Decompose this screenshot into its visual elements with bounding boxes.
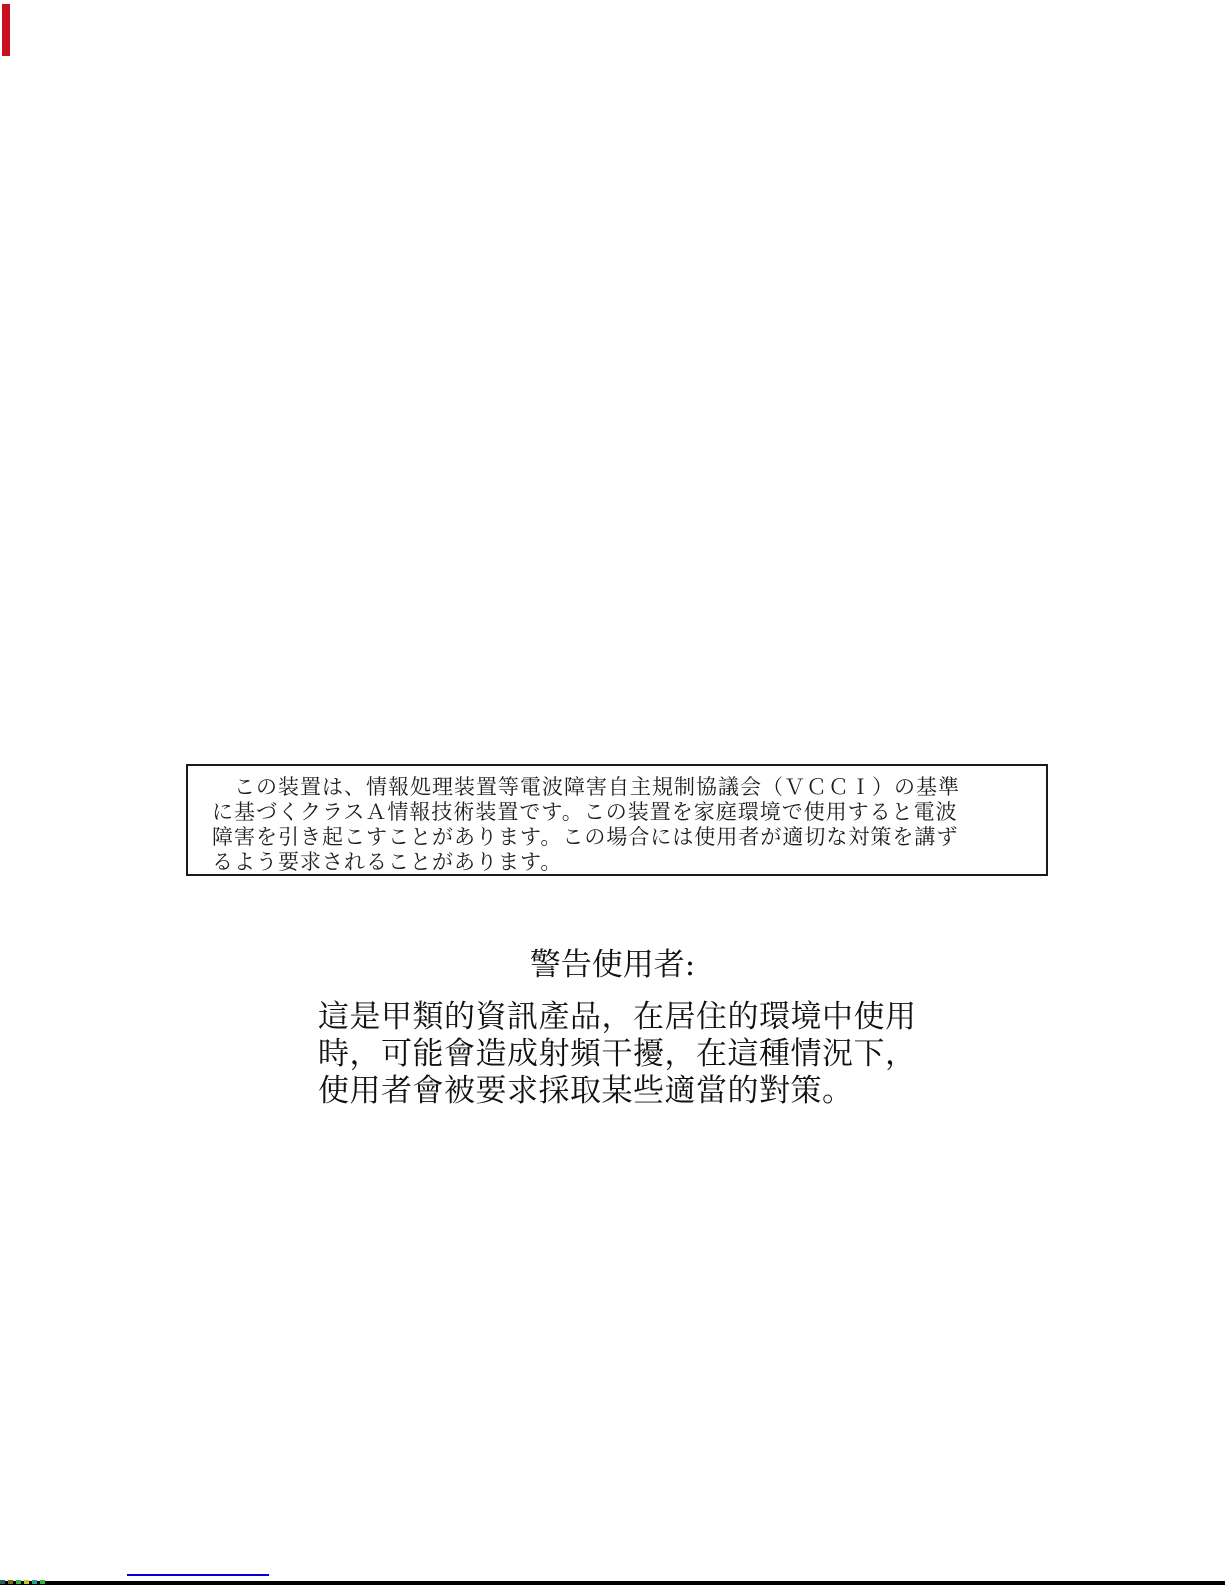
scanned-document-page: この装置は、情報処理装置等電波障害自主規制協議会（ＶＣＣＩ）の基準 に基づくクラ…	[0, 0, 1225, 1585]
vcci-notice-line: この装置は、情報処理装置等電波障害自主規制協議会（ＶＣＣＩ）の基準	[212, 775, 1026, 800]
vcci-notice-line: るよう要求されることがあります。	[212, 850, 1026, 875]
noise-pixel	[32, 1580, 37, 1584]
vcci-notice-line: に基づくクラスＡ情報技術装置です。この装置を家庭環境で使用すると電波	[212, 800, 1026, 825]
warning-line: 這是甲類的資訊產品，在居住的環境中使用	[318, 999, 917, 1036]
footer-link-underline[interactable]	[127, 1574, 269, 1576]
vcci-notice-line: 障害を引き起こすことがあります。この場合には使用者が適切な対策を講ず	[212, 825, 1026, 850]
warning-line: 使用者會被要求採取某些適當的對策。	[318, 1073, 917, 1110]
warning-body: 這是甲類的資訊產品，在居住的環境中使用 時，可能會造成射頻干擾，在這種情況下， …	[318, 999, 917, 1110]
warning-line: 時，可能會造成射頻干擾，在這種情況下，	[318, 1036, 917, 1073]
scan-noise-pixels	[0, 1580, 45, 1584]
noise-pixel	[24, 1580, 29, 1584]
noise-pixel	[8, 1580, 13, 1584]
scan-edge-bar	[0, 1581, 1225, 1585]
warning-title: 警告使用者:	[0, 948, 1225, 982]
vcci-notice-box: この装置は、情報処理装置等電波障害自主規制協議会（ＶＣＣＩ）の基準 に基づくクラ…	[186, 764, 1048, 876]
noise-pixel	[40, 1580, 45, 1584]
scan-artifact-red-stripe	[2, 4, 10, 56]
noise-pixel	[16, 1580, 21, 1584]
noise-pixel	[0, 1580, 5, 1584]
